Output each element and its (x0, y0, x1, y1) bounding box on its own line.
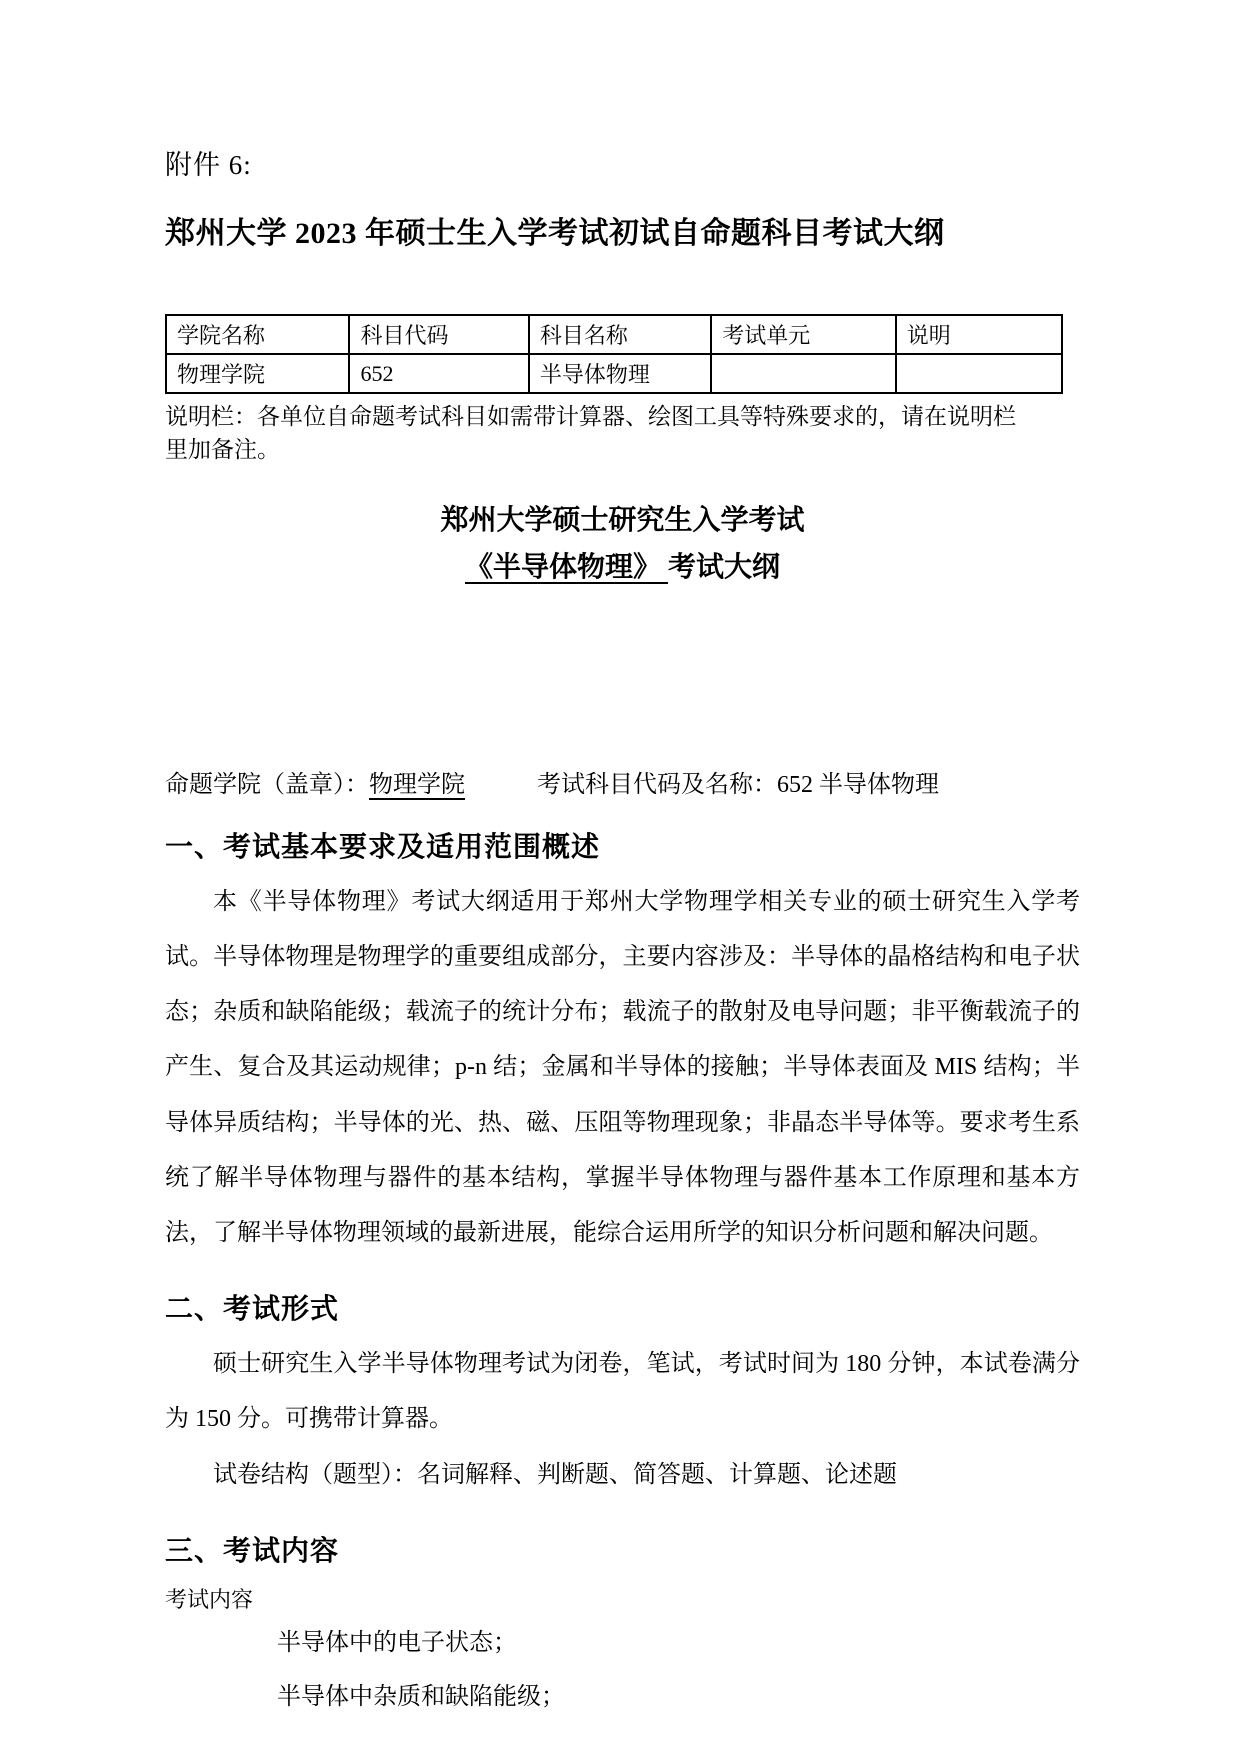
table-header-college: 学院名称 (166, 315, 349, 354)
section1-heading: 一、考试基本要求及适用范围概述 (165, 825, 1080, 865)
table-header-row: 学院名称 科目代码 科目名称 考试单元 说明 (166, 315, 1062, 354)
subtitle-line2-rest: 考试大纲 (668, 552, 780, 583)
cell-subject-name: 半导体物理 (529, 354, 711, 393)
table-header-note: 说明 (896, 315, 1062, 354)
cell-subject-code: 652 (349, 354, 528, 393)
issuer-label: 命题学院（盖章）： (165, 772, 369, 798)
section2-paragraph: 硕士研究生入学半导体物理考试为闭卷，笔试，考试时间为 180 分钟，本试卷满分为… (165, 1337, 1080, 1447)
cell-college: 物理学院 (166, 354, 349, 393)
subtitle-line2: 《半导体物理》 考试大纲 (165, 544, 1080, 592)
attachment-label: 附件 6: (165, 143, 1080, 182)
subject-label: 考试科目代码及名称： (537, 772, 777, 798)
subtitle-subject-underlined: 《半导体物理》 (465, 552, 661, 583)
meta-line: 命题学院（盖章）：物理学院考试科目代码及名称：652 半导体物理 (165, 764, 1080, 799)
section2-heading: 二、考试形式 (165, 1287, 1080, 1327)
table-row: 物理学院 652 半导体物理 (166, 354, 1062, 393)
document-page: 附件 6: 郑州大学 2023 年硕士生入学考试初试自命题科目考试大纲 学院名称… (0, 0, 1240, 1754)
section1-paragraph: 本《半导体物理》考试大纲适用于郑州大学物理学相关专业的硕士研究生入学考试。半导体… (165, 875, 1080, 1261)
subtitle-block: 郑州大学硕士研究生入学考试 《半导体物理》 考试大纲 (165, 497, 1080, 592)
subtitle-line1: 郑州大学硕士研究生入学考试 (165, 497, 1080, 545)
exam-structure-line: 试卷结构（题型）：名词解释、判断题、简答题、计算题、论述题 (165, 1448, 1080, 1503)
table-note: 说明栏：各单位自命题考试科目如需带计算器、绘图工具等特殊要求的，请在说明栏里加备… (165, 400, 1025, 467)
table-header-subject-code: 科目代码 (349, 315, 528, 354)
section3-heading: 三、考试内容 (165, 1529, 1080, 1569)
subject-value: 652 半导体物理 (777, 772, 939, 798)
exam-content-item-2: 半导体中杂质和缺陷能级； (277, 1670, 1080, 1724)
exam-content-label: 考试内容 (165, 1585, 1080, 1616)
issuer-value: 物理学院 (369, 772, 465, 798)
table-header-exam-unit: 考试单元 (711, 315, 895, 354)
cell-note (896, 354, 1062, 393)
exam-content-item-1: 半导体中的电子状态； (277, 1616, 1080, 1670)
underline-gap (661, 552, 668, 583)
table-header-subject-name: 科目名称 (529, 315, 711, 354)
cell-exam-unit (711, 354, 895, 393)
subject-table: 学院名称 科目代码 科目名称 考试单元 说明 物理学院 652 半导体物理 (165, 314, 1063, 394)
doc-title: 郑州大学 2023 年硕士生入学考试初试自命题科目考试大纲 (165, 208, 1080, 252)
